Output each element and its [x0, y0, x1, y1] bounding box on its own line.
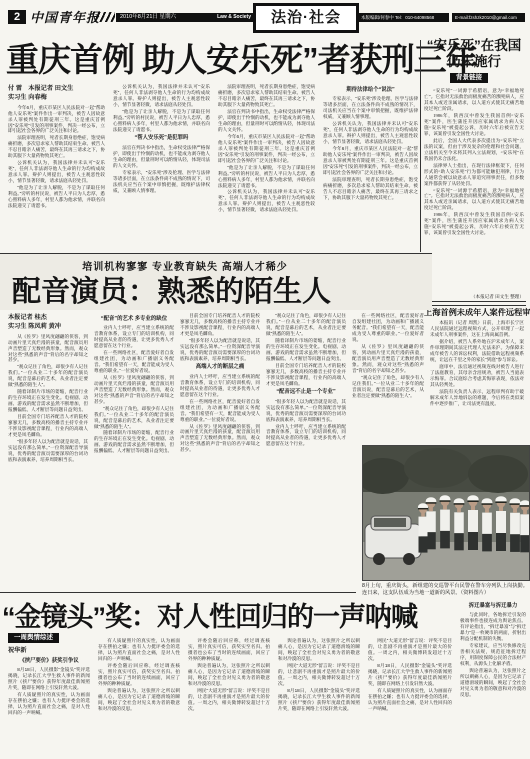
sidebar1-badge: 背景链接: [450, 73, 488, 83]
body-paragraph: 目前全国专门培养配音人才的院校寥寥无几，多数高校的播音主持专业并不涉及影视配音课…: [180, 313, 260, 337]
body-paragraph: “观众记住了角色，却很少有人记住我们。”一位从业二十多年的配音演员说，配音是幕后…: [266, 313, 346, 337]
body-paragraph: 在一些网络社区，配音爱好者自发组建社团，为动画和广播剧义务配音。“我们希望有一天…: [352, 313, 424, 343]
body-paragraph: 在一些网络社区，配音爱好者自发组建社团，为动画和广播剧义务配音。“我们希望有一天…: [94, 350, 174, 374]
body-paragraph: 8月18日，人民摄影“金镜头”奖评选揭晓，记录长江大学生救人事件的新闻照片《挟尸…: [368, 663, 452, 687]
body-paragraph: 今年6月，重庆市某区人民法院对一起“帮助他人安乐死”案件作出一审判决，被告人因故…: [218, 134, 315, 164]
police-lineup-photo: [362, 445, 530, 581]
body-paragraph: 舆论普遍认为，这张照片之所以刺痛人心，是因为它记录了道德滑坡的瞬间，唤起了全社会…: [460, 668, 526, 698]
body-paragraph: “很多年轻人以为配音就是说话，其实远没有那么简单。”一位资深配音导演说，优秀的配…: [180, 338, 260, 362]
section-english-label: Law & Society: [217, 13, 255, 22]
bottom-author: 祝华新: [8, 647, 90, 655]
sidebar2-column: 本报讯（记者 周凯）日前，上海市长宁区人民法院通过远程视频方式，公开审理了一起未…: [430, 320, 524, 440]
body-paragraph: 公诉机关认为，我国法律并未认可“安乐死”，任何人非法剥夺他人生命的行为均构成故意…: [8, 160, 105, 184]
body-paragraph: 网民“大道无形”留言说：评奖不是目的，让悲剧不再重演才是照片最大的价值。一周之内…: [278, 663, 360, 687]
feature-column-1: 本报记者 桂杰 实习生 陈凤莉 黄冲 从《佐罗》里风度翩翩的侠客，到动画片里天真…: [8, 313, 88, 593]
column-subhead: 拆迁暴富与拆迁暴力: [460, 603, 526, 610]
bottom-top-rule: [0, 592, 356, 593]
bottom-column-3: 评委会随后回应称，经过调查核实，照片真实可信，获奖实至名归。拍摄者也公布了当时的…: [188, 638, 270, 756]
body-paragraph: “他是为了让亲人解脱，不是为了谋取任何利益。”旁听的村民说，被告人平日为人忠厚，…: [113, 109, 210, 133]
body-paragraph: 网民“大道无形”留言说：评奖不是目的，让悲剧不再重演才是照片最大的价值。一周之内…: [368, 638, 452, 662]
body-paragraph: 法院审理查明，死者长期身患绝症，饱受病痛折磨，多次恳求家人帮助其结束生命。被告人…: [8, 135, 105, 159]
lead-column-1: 付 雷 本报记者 田文生 实习生 向春梅 今年6月，重庆市某区人民法院对一起“帮…: [8, 84, 105, 252]
body-paragraph: 据介绍，被告人系外地在沪未成年人，案件审理期间其法定代理人无法来沪。为保障未成年…: [430, 339, 524, 363]
masthead-logo: 中国青年报: [30, 7, 100, 26]
newspaper-page: 2 中国青年报 Law & Society 2010年8月21日 星期六 法治·…: [0, 0, 530, 759]
body-paragraph: 业内人士呼吁，应当建立系统的配音教育体系，设立专门的培训机构，同时提高从业者的待…: [180, 374, 260, 398]
body-paragraph: 法律界人士指出，在现行法律框架下，任何形式的“助人安乐死”行为都可能触犯刑律，行…: [424, 163, 524, 187]
bottom-column-4: 舆论普遍认为，这张照片之所以刺痛人心，是因为它记录了道德滑坡的瞬间，唤起了全社会…: [278, 638, 360, 756]
body-paragraph: “安乐死”一词源于希腊语，意为“幸福地死亡”。它指对无法救治而极度痛苦的濒死病人…: [424, 188, 524, 212]
column-subhead: “配音远不止是一个专业”: [266, 389, 346, 396]
column-subhead: “帮人安乐死”是犯罪吗: [113, 135, 210, 142]
body-paragraph: “很多年轻人以为配音就是说话，其实远没有那么简单。”一位资深配音导演说，优秀的配…: [8, 439, 88, 463]
body-paragraph: 1986年，陕西汉中曾发生我国首例“安乐死”案件，医生蒲连升因应家属请求为病人实…: [424, 212, 524, 236]
body-paragraph: “他是为了让亲人解脱，不是为了谋取任何利益。”旁听的村民说，被告人平日为人忠厚，…: [218, 165, 315, 189]
feature-column-4: “观众记住了角色，却很少有人记住我们。”一位从业二十多年的配音演员说，配音是幕后…: [266, 313, 346, 593]
body-paragraph: 此后，全国人大代表多次提出为“安乐死”立法的议案，但由于涉及复杂的伦理和社会问题…: [424, 138, 524, 162]
masthead-hatch-icon: [93, 12, 115, 22]
issue-date: 2010年8月21日 星期六: [120, 14, 176, 20]
column-subhead: 《挟尸要价》获奖引争议: [8, 658, 90, 665]
sidebar1-title: “安乐死”在我国 仍未施行: [424, 38, 524, 69]
body-paragraph: 有人质疑照片的真实性，认为画面存在摆拍之嫌；也有人力挺评委会的选择，认为照片直面…: [368, 688, 452, 712]
feature-column-3: 目前全国专门培养配音人才的院校寥寥无几，多数高校的播音主持专业并不涉及影视配音课…: [180, 313, 260, 593]
body-paragraph: 有人质疑照片的真实性，认为画面存在摆拍之嫌；也有人力挺评委会的选择，认为照片直面…: [98, 638, 180, 662]
body-paragraph: “很多年轻人以为配音就是说话，其实远没有那么简单。”一位资深配音导演说，优秀的配…: [266, 399, 346, 423]
body-paragraph: 有人质疑照片的真实性，认为画面存在摆拍之嫌；也有人力挺评委会的选择，认为照片直面…: [8, 692, 90, 716]
bottom-column-1: 一周舆情综述 祝华新 《挟尸要价》获奖引争议8月18日，人民摄影“金镜头”奖评选…: [8, 633, 90, 755]
lead-headline: 重庆首例 助人安乐死”者获刑三年: [6, 34, 422, 81]
sidebar1-title-line1: “安乐死”在我国: [424, 38, 524, 54]
bottom-badge: 一周舆情综述: [8, 633, 59, 643]
column-subhead: 期待法律给个“说法”: [323, 87, 418, 94]
feature-byline-1: 本报记者 桂杰: [8, 313, 88, 322]
body-paragraph: 目前全国专门培养配音人才的院校寥寥无几，多数高校的播音主持专业并不涉及影视配音课…: [8, 414, 88, 438]
body-paragraph: 法院有关负责人表示，远程审判有助于破解未成年人异地诉讼的难题，今后将在类似案件中…: [430, 389, 524, 407]
body-paragraph: 庭审中，法官通过视频连线对被告人进行了法庭教育，其母亲含泪规劝，被告人当庭表示悔…: [430, 364, 524, 388]
body-paragraph: 8月18日，人民摄影“金镜头”奖评选揭晓，记录长江大学生救人事件的新闻照片《挟尸…: [278, 688, 360, 712]
body-paragraph: 法院审理查明，死者长期身患绝症，饱受病痛折磨，多次恳求家人帮助其结束生命。被告人…: [218, 84, 315, 108]
bottom-column-5: 网民“大道无形”留言说：评奖不是目的，让悲剧不再重演才是照片最大的价值。一周之内…: [368, 638, 452, 756]
body-paragraph: 随着译制片市场的萎缩，配音行业的生存环境正在发生变化。电视剧、动画、游戏的配音需…: [94, 430, 174, 454]
body-paragraph: 从《佐罗》里风度翩翩的侠客，到动画片里天真烂漫的孩童，配音演员用声音塑造了无数经…: [180, 424, 260, 454]
body-paragraph: 随着译制片市场的萎缩，配音行业的生存环境正在发生变化。电视剧、动画、游戏的配音需…: [8, 389, 88, 413]
bottom-headline: “金镜头”奖：对人性回归的一声呐喊: [2, 595, 460, 634]
body-paragraph: 公诉机关认为，我国法律并未认可“安乐死”，任何人非法剥夺他人生命的行为均构成故意…: [323, 121, 418, 145]
body-paragraph: 今年6月，重庆市某区人民法院对一起“帮助他人安乐死”案件作出一审判决，被告人因故…: [8, 105, 105, 135]
body-paragraph: 随着译制片市场的萎缩，配音行业的生存环境正在发生变化。电视剧、动画、游戏的配音需…: [266, 338, 346, 362]
lead-byline-1: 付 雷 本报记者 田文生: [8, 84, 105, 93]
body-paragraph: 从《佐罗》里风度翩翩的侠客，到动画片里天真烂漫的孩童，配音演员用声音塑造了无数经…: [8, 334, 88, 364]
feature-column-2: “配音”的艺术 多专业的缺位业内人士呼吁，应当建立系统的配音教育体系，设立专门的…: [94, 313, 174, 593]
page-number: 2: [8, 10, 26, 24]
date-bar: Law & Society 2010年8月21日 星期六: [116, 13, 255, 22]
column-subhead: “配音”的艺术 多专业的缺位: [94, 316, 174, 323]
bottom-right-column: 拆迁暴富与拆迁暴力与此同时，各地拆迁引发的极端事件也接连成为舆论焦点。有评论指出…: [460, 600, 526, 756]
body-paragraph: 评委会随后回应称，经过调查核实，照片真实可信，获奖实至名归。拍摄者也公布了当时的…: [188, 638, 270, 662]
body-paragraph: 舆论普遍认为，这张照片之所以刺痛人心，是因为它记录了道德滑坡的瞬间，唤起了全社会…: [98, 688, 180, 712]
body-paragraph: 目前全国专门培养配音人才的院校寥寥无几，多数高校的播音主持专业并不涉及影视配音课…: [266, 363, 346, 387]
body-paragraph: 从《佐罗》里风度翩翩的侠客，到动画片里天真烂漫的孩童，配音演员用声音塑造了无数经…: [94, 375, 174, 405]
body-paragraph: 公诉机关认为，我国法律并未认可“安乐死”，任何人非法剥夺他人生命的行为均构成故意…: [113, 84, 210, 108]
body-paragraph: 专家表示，“安乐死”涉及伦理、医学与法律等诸多层面，在立法条件尚不成熟的情况下，…: [113, 170, 210, 194]
body-paragraph: 1986年，陕西汉中曾发生我国首例“安乐死”案件，医生蒲连升因应家属请求为病人实…: [424, 113, 524, 137]
body-paragraph: 业内人士呼吁，应当建立系统的配音教育体系，设立专门的培训机构，同时提高从业者的待…: [266, 424, 346, 448]
body-paragraph: 专家表示，“安乐死”涉及伦理、医学与法律等诸多层面，在立法条件尚不成熟的情况下，…: [323, 96, 418, 120]
body-paragraph: 与此同时，各地拆迁引发的极端事件也接连成为舆论焦点。有评论指出，“拆迁暴富”与“…: [460, 612, 526, 642]
body-paragraph: 舆论普遍认为，这张照片之所以刺痛人心，是因为它记录了道德滑坡的瞬间，唤起了全社会…: [188, 663, 270, 687]
feature-byline-2: 实习生 陈凤莉 黄冲: [8, 322, 88, 331]
body-paragraph: 业内人士呼吁，应当建立系统的配音教育体系，设立专门的培训机构，同时提高从业者的待…: [94, 325, 174, 349]
column-divider: [420, 40, 421, 252]
section-title-box: 法治·社会: [253, 3, 359, 33]
body-paragraph: 从《佐罗》里风度翩翩的侠客，到动画片里天真烂漫的孩童，配音演员用声音塑造了无数经…: [352, 344, 424, 374]
column-subhead: 高端人才的断层之痛: [180, 364, 260, 371]
body-paragraph: 公诉机关认为，我国法律并未认可“安乐死”，任何人非法剥夺他人生命的行为均构成故意…: [218, 189, 315, 213]
body-paragraph: “安乐死”一词源于希腊语，意为“幸福地死亡”。它指对无法救治而极度痛苦的濒死病人…: [424, 88, 524, 112]
body-paragraph: 专家建议，应当尽快修改完善相关法规，规范征地拆迁程序，用制度保障公民的合法财产权…: [460, 643, 526, 667]
sidebar1-column: “安乐死”一词源于希腊语，意为“幸福地死亡”。它指对无法救治而极度痛苦的濒死病人…: [424, 88, 524, 296]
editor-bar: 本版编辑/何春中 Tel：010-64098568: [358, 13, 449, 22]
lead-column-4: 期待法律给个“说法”专家表示，“安乐死”涉及伦理、医学与法律等诸多层面，在立法条…: [323, 84, 418, 252]
body-paragraph: 舆论普遍认为，这张照片之所以刺痛人心，是因为它记录了道德滑坡的瞬间，唤起了全社会…: [278, 638, 360, 662]
body-paragraph: 网民“大道无形”留言说：评奖不是目的，让悲剧不再重演才是照片最大的价值。一周之内…: [188, 688, 270, 712]
body-paragraph: 法官在判决书中指出，生命权受法律严格保护，即使出于怜悯的动机，也不能成为剥夺他人…: [113, 145, 210, 169]
body-paragraph: 8月18日，人民摄影“金镜头”奖评选揭晓，记录长江大学生救人事件的新闻照片《挟尸…: [8, 667, 90, 691]
body-paragraph: “观众记住了角色，却很少有人记住我们。”一位从业二十多年的配音演员说，配音是幕后…: [8, 364, 88, 388]
feature-column-5: 在一些网络社区，配音爱好者自发组建社团，为动画和广播剧义务配音。“我们希望有一天…: [352, 313, 424, 439]
lead-column-3: 法院审理查明，死者长期身患绝症，饱受病痛折磨，多次恳求家人帮助其结束生命。被告人…: [218, 84, 315, 252]
body-paragraph: “观众记住了角色，却很少有人记住我们。”一位从业二十多年的配音演员说，配音是幕后…: [94, 406, 174, 430]
feature-headline: 配音演员：熟悉的陌生人: [12, 269, 357, 310]
email-bar: E-mail:fzshzk2010@gmail.com: [452, 13, 525, 22]
body-paragraph: 本报讯（记者 周凯）日前，上海市长宁区人民法院通过远程视频方式，公开审理了一起未…: [430, 320, 524, 338]
sidebar1-title-line2: 仍未施行: [424, 54, 524, 70]
body-paragraph: 在一些网络社区，配音爱好者自发组建社团，为动画和广播剧义务配音。“我们希望有一天…: [180, 399, 260, 423]
sidebar2-title: 上海首例未成年人案件远程审判: [424, 307, 526, 318]
body-paragraph: 法官在判决书中指出，生命权受法律严格保护，即使出于怜悯的动机，也不能成为剥夺他人…: [218, 109, 315, 133]
bottom-column-2: 有人质疑照片的真实性，认为画面存在摆拍之嫌；也有人力挺评委会的选择，认为照片直面…: [98, 638, 180, 756]
lead-column-2: 公诉机关认为，我国法律并未认可“安乐死”，任何人非法剥夺他人生命的行为均构成故意…: [113, 84, 210, 252]
body-paragraph: 今年6月，重庆市某区人民法院对一起“帮助他人安乐死”案件作出一审判决，被告人因故…: [323, 146, 418, 176]
sidebar2-divider: [424, 301, 526, 306]
lead-byline-2: 实习生 向春梅: [8, 93, 105, 102]
sidebar1-signature: （本报记者 田文生 整理）: [424, 294, 524, 300]
body-paragraph: 评委会随后回应称，经过调查核实，照片真实可信，获奖实至名归。拍摄者也公布了当时的…: [98, 663, 180, 687]
body-paragraph: 法院审理查明，死者长期身患绝症，饱受病痛折磨，多次恳求家人帮助其结束生命。被告人…: [323, 177, 418, 201]
body-paragraph: “他是为了让亲人解脱，不是为了谋取任何利益。”旁听的村民说，被告人平日为人忠厚，…: [8, 185, 105, 209]
body-paragraph: “观众记住了角色，却很少有人记住我们。”一位从业二十多年的配音演员说，配音是幕后…: [352, 375, 424, 399]
